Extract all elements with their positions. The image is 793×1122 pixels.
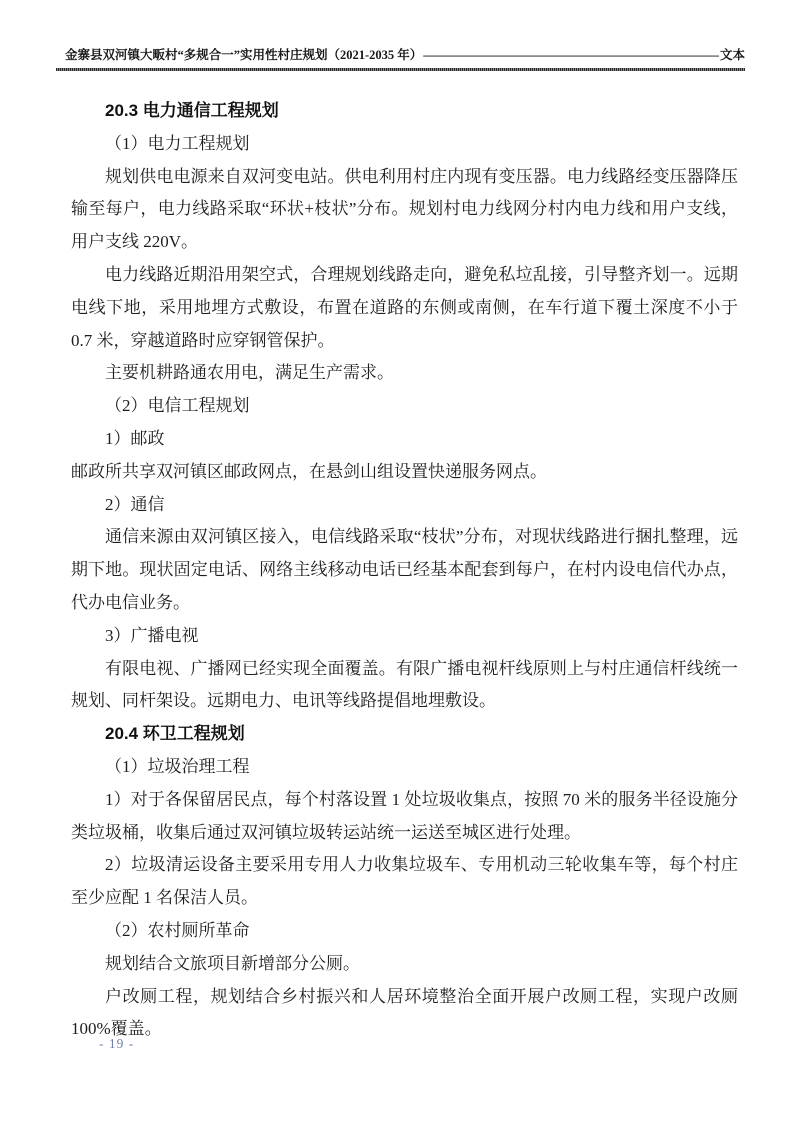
paragraph-power-source: 规划供电电源来自双河变电站。供电利用村庄内现有变压器。电力线路经变压器降压输至每… <box>71 161 738 259</box>
document-page: 金寨县双河镇大畈村“多规合一”实用性村庄规划（2021-2035 年） ————… <box>0 0 793 1122</box>
paragraph-comm-detail: 通信来源由双河镇区接入，电信线路采取“枝状”分布，对现状线路进行捆扎整理，远期下… <box>71 521 738 619</box>
paragraph-toilet-public: 规划结合文旅项目新增部分公厕。 <box>71 948 738 981</box>
header-dash-fill: —————————————————————————————————————— <box>423 46 719 64</box>
section-heading-20-4: 20.4 环卫工程规划 <box>71 718 738 751</box>
paragraph-comm-title: 2）通信 <box>71 489 738 522</box>
page-header: 金寨县双河镇大畈村“多规合一”实用性村庄规划（2021-2035 年） ————… <box>56 46 745 71</box>
paragraph-post-detail: 邮政所共享双河镇区邮政网点，在悬剑山组设置快递服务网点。 <box>71 456 738 489</box>
paragraph-broadcast-detail: 有限电视、广播网已经实现全面覆盖。有限广播电视杆线原则上与村庄通信杆线统一规划、… <box>71 653 738 719</box>
page-header-row: 金寨县双河镇大畈村“多规合一”实用性村庄规划（2021-2035 年） ————… <box>56 46 745 64</box>
paragraph-power-subtitle: （1）电力工程规划 <box>71 128 738 161</box>
page-number: - 19 - <box>99 1036 134 1051</box>
paragraph-garbage-collect: 1）对于各保留居民点，每个村落设置 1 处垃圾收集点，按照 70 米的服务半径设… <box>71 784 738 850</box>
header-doc-type: 文本 <box>720 46 745 64</box>
paragraph-broadcast-title: 3）广播电视 <box>71 620 738 653</box>
header-title: 金寨县双河镇大畈村“多规合一”实用性村庄规划（2021-2035 年） <box>56 46 422 64</box>
document-body: 20.3 电力通信工程规划 （1）电力工程规划 规划供电电源来自双河变电站。供电… <box>71 95 738 1046</box>
paragraph-toilet-household: 户改厕工程，规划结合乡村振兴和人居环境整治全面开展户改厕工程，实现户改厕 100… <box>71 981 738 1047</box>
header-rule <box>56 68 745 71</box>
paragraph-garbage-subtitle: （1）垃圾治理工程 <box>71 751 738 784</box>
paragraph-garbage-transport: 2）垃圾清运设备主要采用专用人力收集垃圾车、专用机动三轮收集车等，每个村庄至少应… <box>71 849 738 915</box>
paragraph-post-title: 1）邮政 <box>71 423 738 456</box>
paragraph-telecom-subtitle: （2）电信工程规划 <box>71 390 738 423</box>
paragraph-power-lines: 电力线路近期沿用架空式，合理规划线路走向，避免私垃乱接，引导整齐划一。远期电线下… <box>71 259 738 357</box>
section-heading-20-3: 20.3 电力通信工程规划 <box>71 95 738 128</box>
paragraph-toilet-subtitle: （2）农村厕所革命 <box>71 915 738 948</box>
paragraph-farm-power: 主要机耕路通农用电，满足生产需求。 <box>71 357 738 390</box>
page-footer: - 19 - <box>99 1035 134 1053</box>
